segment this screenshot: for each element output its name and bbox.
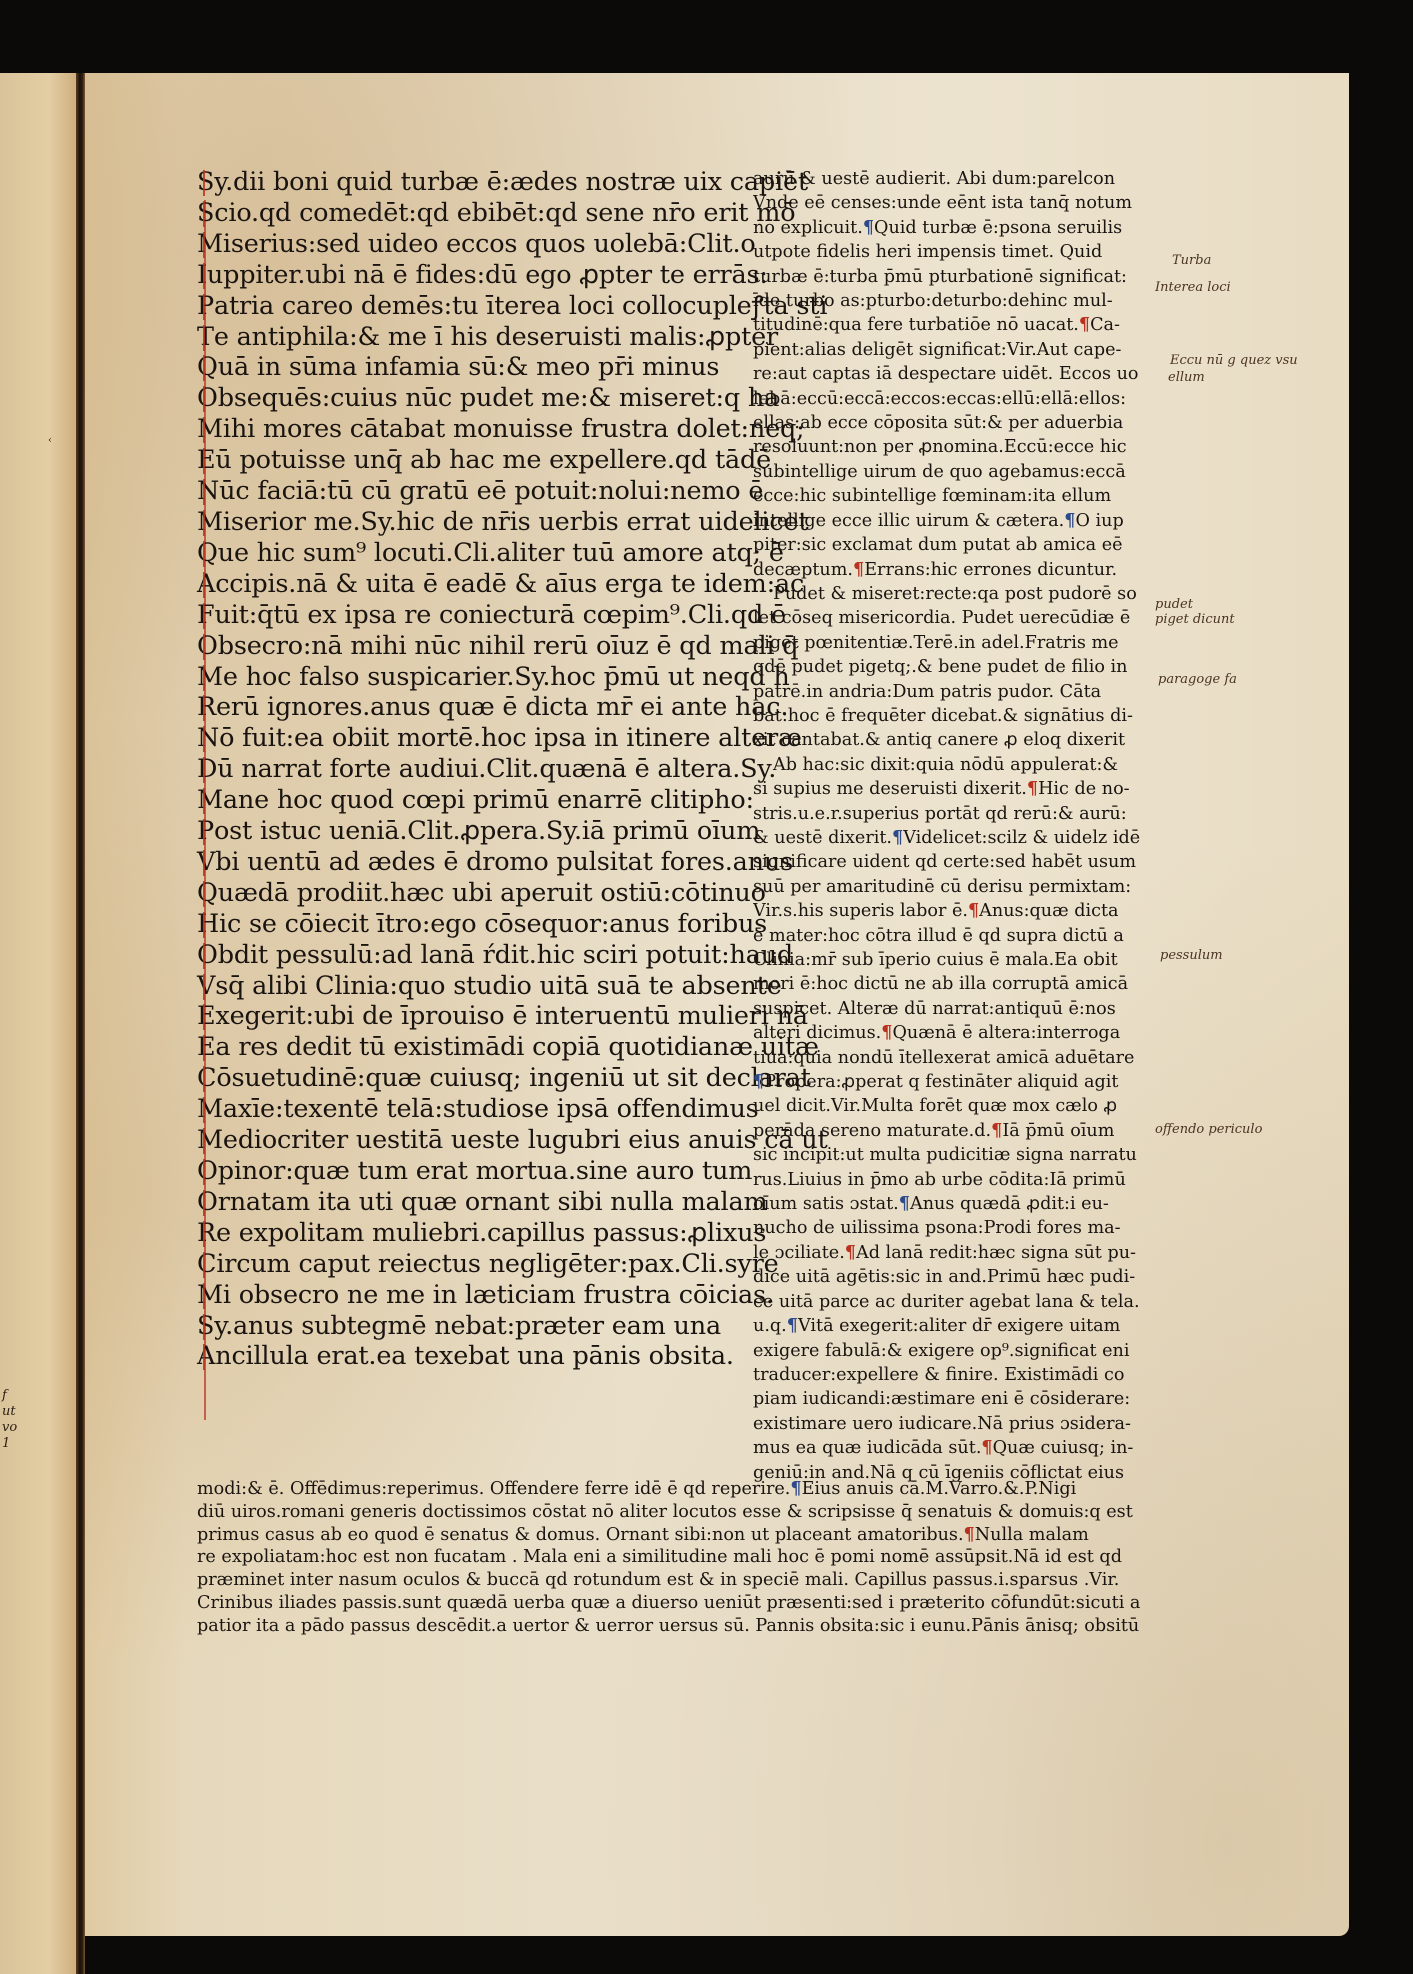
gloss-text: exigere fabulā:& exigere op⁹.significat …	[753, 1341, 1129, 1361]
footer-commentary-line: patior ita a pādo passus descēdit.a uert…	[197, 1615, 1187, 1638]
commentary-line: Vir.s.his superis labor ē.¶Anus:quæ dict…	[753, 899, 1183, 923]
verse-line-text: y.dii boni quid turbæ ē:ædes nostræ uix …	[214, 167, 808, 197]
left-note: vo	[2, 1420, 17, 1436]
commentary-line: patrē.in andria:Dum patris pudor. Cāta	[753, 680, 1183, 704]
verse-line: Rerū ignores.anus quæ ē dicta mr̄ ei ant…	[197, 692, 757, 723]
verse-line-text: a res dedit tū existimādi copiā quotidia…	[215, 1032, 818, 1062]
footer-commentary-line: præminet inter nasum oculos & buccā qd r…	[197, 1569, 1187, 1592]
verse-line-text: bsequēs:cuius nūc pudet me:& miseret:q h…	[218, 383, 779, 413]
commentary-line: & uestē dixerit.¶Videlicet:scilz & uidel…	[753, 826, 1183, 850]
verse-line-text: e expolitam muliebri.capillus passus:ꝓli…	[216, 1218, 766, 1248]
verse-line: Accipis.nā & uita ē eadē & aīus erga te …	[197, 569, 757, 600]
commentary-line: resoluunt:non per ꝓnomina.Eccū:ecce hic	[753, 435, 1183, 459]
handwritten-margin-note: paragoge fa	[1158, 672, 1237, 687]
gloss-text: re:aut captas iā despectare uidēt. Eccos…	[753, 364, 1139, 384]
verse-line-text: xegerit:ubi de īprouiso ē interuentū mul…	[215, 1001, 807, 1031]
commentary-line: ecce:hic subintellige fœminam:ita ellum	[753, 484, 1183, 508]
paragraph-mark-icon: ¶	[991, 1120, 1002, 1141]
commentary-line: Clinia:mr̄ sub īperio cuius ē mala.Ea ob…	[753, 948, 1183, 972]
paragraph-mark-icon: ¶	[1064, 510, 1075, 531]
commentary-line: ¶Propera:ꝓperat q festināter aliquid agi…	[753, 1070, 1183, 1094]
left-note: f	[2, 1388, 17, 1404]
paragraph-mark-icon: ¶	[787, 1315, 798, 1336]
commentary-line: piter:sic exclamat dum putat ab amica eē	[753, 533, 1183, 557]
commentary-line: sic incipit:ut multa pudicitiæ signa nar…	[753, 1143, 1183, 1167]
verse-line: Miserior me.Sy.hic de nr̄is uerbis errat…	[197, 507, 757, 538]
gloss-text: Iā p̄mū oīum	[1002, 1121, 1114, 1141]
footer-commentary: modi:& ē. Offēdimus:reperimus. Offendere…	[197, 1478, 1187, 1638]
gloss-text: ce uitā parce ac duriter agebat lana & t…	[753, 1292, 1140, 1312]
commentary-line: traducer:expellere & finire. Existimādi …	[753, 1363, 1183, 1387]
gloss-text: existimare uero iudicare.Nā prius ɔsider…	[753, 1414, 1131, 1434]
commentary-line: suspicet. Alteræ dū narrat:antiquū ē:nos	[753, 997, 1183, 1021]
rubricated-initial: M	[197, 785, 223, 815]
commentary-line: dice uitā agētis:sic in and.Primū hæc pu…	[753, 1265, 1183, 1289]
gloss-text: mus ea quæ iudicāda sūt.	[753, 1438, 981, 1458]
gloss-text: nō explicuit.	[753, 218, 863, 238]
gloss-text: & uestē dixerit.	[753, 828, 892, 848]
commentary-line: utpote fidelis heri impensis timet. Quid	[753, 240, 1183, 264]
commentary-line: turbæ ē:turba p̄mū pturbationē significa…	[753, 265, 1183, 289]
verse-line-text: ircum caput reiectus negligēter:pax.Cli.…	[216, 1249, 778, 1279]
gloss-text: aurū & uestē audierit. Abi dum:parelcon	[753, 169, 1115, 189]
gloss-text: Vnde eē censes:unde eēnt ista tanq̄ notu…	[753, 193, 1132, 213]
gloss-text: Eius anuis cā.M.Varro.&.P.Nigi	[802, 1479, 1077, 1499]
verse-line-text: iserius:sed uideo eccos quos uolebā:Clit…	[223, 229, 756, 259]
commentary-line: u.q.¶Vitā exegerit:aliter dr̄ exigere ui…	[753, 1314, 1183, 1338]
commentary-line: existimare uero iudicare.Nā prius ɔsider…	[753, 1412, 1183, 1436]
gloss-text: Ad lanā redit:hæc signa sūt pu-	[856, 1243, 1136, 1263]
verse-line: Nūc faciā:tū cū gratū eē potuit:nolui:ne…	[197, 476, 757, 507]
paragraph-mark-icon: ¶	[845, 1242, 856, 1263]
verse-line-text: uā in sūma infamia sū:& meo pr̄i minus	[218, 352, 720, 382]
rubricated-initial: T	[197, 322, 214, 352]
gloss-text: nucho de uilissima psona:Prodi fores ma-	[753, 1218, 1121, 1238]
verse-line-text: pinor:quæ tum erat mortua.sine auro tum	[218, 1156, 753, 1186]
verse-line: Exegerit:ubi de īprouiso ē interuentū mu…	[197, 1001, 757, 1032]
verse-line-text: bdit pessulū:ad lanā ŕdit.hic sciri potu…	[218, 940, 793, 970]
commentary-line: let cōseq misericordia. Pudet uerecūdiæ …	[753, 606, 1183, 630]
gloss-text: piam iudicandi:æstimare eni ē cōsiderare…	[753, 1389, 1130, 1409]
gloss-text: Errans:hic errones dicuntur.	[864, 560, 1117, 580]
verse-line: Ea res dedit tū existimādi copiā quotidi…	[197, 1032, 757, 1063]
gloss-text: re expoliatam:hoc est non fucatam . Mala…	[197, 1547, 1122, 1567]
commentary-line: Pudet & miseret:recte:qa post pudorē so	[753, 582, 1183, 606]
commentary-line: titudinē:qua fere turbatiōe nō uacat.¶Ca…	[753, 313, 1183, 337]
gloss-text: titudinē:qua fere turbatiōe nō uacat.	[753, 315, 1079, 335]
gloss-text: Clinia:mr̄ sub īperio cuius ē mala.Ea ob…	[753, 950, 1118, 970]
footer-commentary-line: diū uiros.romani generis doctissimos cōs…	[197, 1501, 1187, 1524]
verse-line: Post istuc ueniā.Clit.ꝓpera.Sy.iā primū …	[197, 816, 757, 847]
rubricated-initial: I	[197, 260, 207, 290]
verse-line-text: uppiter.ubi nā ē fides:dū ego ꝓpter te e…	[207, 260, 768, 290]
verse-line: Iuppiter.ubi nā ē fides:dū ego ꝓpter te …	[197, 260, 757, 291]
verse-line: Obdit pessulū:ad lanā ŕdit.hic sciri pot…	[197, 940, 757, 971]
verse-line-text: bi uentū ad ædes ē dromo pulsitat fores.…	[215, 847, 793, 877]
verse-line: Maxīe:texentē telā:studiose ipsā offendi…	[197, 1094, 757, 1125]
rubricated-initial: M	[197, 662, 223, 692]
left-note: 1	[2, 1436, 17, 1452]
left-note: ut	[2, 1404, 17, 1420]
commentary-line: uel dicit.Vir.Multa forēt quæ mox cælo ꝓ	[753, 1094, 1183, 1118]
rubricated-initial: S	[197, 167, 214, 197]
gloss-text: O iup	[1075, 511, 1123, 531]
rubricated-initial: S	[197, 1311, 214, 1341]
verse-line: Sy.anus subtegmē nebat:præter eam una	[197, 1311, 757, 1342]
verse-line: Mi obsecro ne me in læticiam frustra cōi…	[197, 1280, 757, 1311]
verse-line-text: bsecro:nā mihi nūc nihil rerū oīuz ē qd …	[218, 631, 799, 661]
gloss-text: uel dicit.Vir.Multa forēt quæ mox cælo ꝓ	[753, 1096, 1117, 1116]
gloss-text: u.q.	[753, 1316, 787, 1336]
verse-line: Eū potuisse unq̄ ab hac me expellere.qd …	[197, 445, 757, 476]
commentary-line: significare uident qd certe:sed habēt us…	[753, 850, 1183, 874]
rubricated-initial: R	[197, 1218, 216, 1248]
facing-left-page: ‹ f ut vo 1	[0, 73, 82, 1974]
handwritten-margin-note: pudet	[1155, 597, 1193, 612]
gloss-text: diū uiros.romani generis doctissimos cōs…	[197, 1502, 1133, 1522]
commentary-line: īde turbo as:pturbo:deturbo:dehinc mul-	[753, 289, 1183, 313]
verse-line-text: e hoc falso suspicarier.Sy.hoc p̄mū ut n…	[223, 662, 790, 692]
paragraph-mark-icon: ¶	[863, 217, 874, 238]
rubricated-initial: P	[197, 816, 214, 846]
rubricated-initial: M	[197, 414, 223, 444]
paragraph-mark-icon: ¶	[981, 1437, 992, 1458]
verse-line: Vbi uentū ad ædes ē dromo pulsitat fores…	[197, 847, 757, 878]
gloss-text: alteri dicimus.	[753, 1023, 881, 1043]
handwritten-margin-note: ellum	[1168, 370, 1205, 385]
rubricated-initial: M	[197, 229, 223, 259]
verse-line-text: e antiphila:& me ī his deseruisti malis:…	[214, 322, 778, 352]
rubricated-initial: Q	[197, 538, 218, 568]
rubricated-initial: R	[197, 692, 216, 722]
rubricated-initial: Q	[197, 878, 218, 908]
verse-column: Sy.dii boni quid turbæ ē:ædes nostræ uix…	[197, 167, 757, 1372]
rubricated-initial: N	[197, 476, 219, 506]
rubricated-initial: P	[197, 291, 214, 321]
handwritten-margin-note: Interea loci	[1155, 280, 1231, 295]
rubricated-initial: Q	[197, 352, 218, 382]
gloss-text: ecce:hic subintellige fœminam:ita ellum	[753, 486, 1111, 506]
verse-line-text: iserior me.Sy.hic de nr̄is uerbis errat …	[223, 507, 808, 537]
commentary-line: decæptum.¶Errans:hic errones dicuntur.	[753, 558, 1183, 582]
rubricated-initial: C	[197, 1063, 216, 1093]
verse-line-text: ū narrat forte audiui.Clit.quænā ē alter…	[217, 754, 776, 784]
gloss-text: significare uident qd certe:sed habēt us…	[753, 852, 1136, 872]
rubricated-initial: E	[197, 1001, 215, 1031]
commentary-line: intellige ecce illic uirum & cætera.¶O i…	[753, 509, 1183, 533]
verse-line: Patria careo demēs:tu īterea loci colloc…	[197, 291, 757, 322]
gloss-text: let cōseq misericordia. Pudet uerecūdiæ …	[753, 608, 1130, 628]
commentary-line: perāda sereno maturate.d.¶Iā p̄mū oīum	[753, 1119, 1183, 1143]
rubricated-initial: O	[197, 940, 218, 970]
rubricated-initial: M	[197, 1094, 223, 1124]
gloss-text: ellas:ab ecce cōposita sūt:& per aduerbi…	[753, 413, 1123, 433]
gloss-text: Videlicet:scilz & uidelz idē	[903, 828, 1140, 848]
verse-line-text: ediocriter uestitā ueste lugubri eius an…	[223, 1125, 828, 1155]
paragraph-mark-icon: ¶	[892, 827, 903, 848]
verse-line-text: i obsecro ne me in læticiam frustra cōic…	[223, 1280, 774, 1310]
gloss-text: Crinibus iliades passis.sunt quædā uerba…	[197, 1593, 1140, 1613]
gloss-text: Quæ cuiusq; in-	[993, 1438, 1134, 1458]
verse-line: Me hoc falso suspicarier.Sy.hoc p̄mū ut …	[197, 662, 757, 693]
commentary-line: mus ea quæ iudicāda sūt.¶Quæ cuiusq; in-	[753, 1436, 1183, 1460]
commentary-line: ē mater:hoc cōtra illud ē qd supra dictū…	[753, 924, 1183, 948]
gloss-text: primus casus ab eo quod ē senatus & domu…	[197, 1525, 964, 1545]
gloss-text: traducer:expellere & finire. Existimādi …	[753, 1365, 1124, 1385]
verse-line-text: ic se cōiecit ītro:ego cōsequor:anus for…	[219, 909, 767, 939]
rubricated-initial: O	[197, 631, 218, 661]
gloss-text: Vir.s.his superis labor ē.	[753, 901, 968, 921]
commentary-line: subintellige uirum de quo agebamus:eccā	[753, 460, 1183, 484]
commentary-line: ellas:ab ecce cōposita sūt:& per aduerbi…	[753, 411, 1183, 435]
verse-line-text: uit:q̄tū ex ipsa re coniecturā cœpim⁹.Cl…	[215, 600, 786, 630]
commentary-line: mori ē:hoc dictū ne ab illa corruptā ami…	[753, 972, 1183, 996]
verse-line: Opinor:quæ tum erat mortua.sine auro tum	[197, 1156, 757, 1187]
gloss-text: Ab hac:sic dixit:quia nōdū appulerat:&	[773, 755, 1118, 775]
handwritten-margin-note: Turba	[1172, 253, 1211, 268]
book-gutter	[76, 73, 85, 1974]
commentary-line: nō explicuit.¶Quid turbæ ē:psona seruili…	[753, 216, 1183, 240]
rubricated-initial: F	[197, 600, 215, 630]
paragraph-mark-icon: ¶	[790, 1478, 801, 1499]
verse-line: Te antiphila:& me ī his deseruisti malis…	[197, 322, 757, 353]
rubricated-initial: O	[197, 1187, 218, 1217]
rubricated-initial: C	[197, 1249, 216, 1279]
commentary-line: tiua:quia nondū ītellexerat amicā aduēta…	[753, 1046, 1183, 1070]
verse-line-text: y.anus subtegmē nebat:præter eam una	[214, 1311, 721, 1341]
gloss-text: Quænā ē altera:interroga	[892, 1023, 1120, 1043]
rubricated-initial: S	[197, 198, 214, 228]
commentary-line: nucho de uilissima psona:Prodi fores ma-	[753, 1216, 1183, 1240]
commentary-line: xit cantabat.& antiq canere ꝓ eloq dixer…	[753, 728, 1183, 752]
gloss-text: oīum satis ɔstat.	[753, 1194, 899, 1214]
rubricated-initial: D	[197, 754, 217, 784]
rubricated-initial: M	[197, 1280, 223, 1310]
gloss-text: utpote fidelis heri impensis timet. Quid	[753, 242, 1102, 262]
commentary-line: qdē pudet pigetq;.& bene pudet de filio …	[753, 655, 1183, 679]
paragraph-mark-icon: ¶	[881, 1022, 892, 1043]
commentary-line: stris.u.e.r.superius portāt qd rerū:& au…	[753, 802, 1183, 826]
verse-line: Miserius:sed uideo eccos quos uolebā:Cli…	[197, 229, 757, 260]
handwritten-margin-note: piget dicunt	[1155, 612, 1235, 627]
rubricated-initial: V	[197, 971, 215, 1001]
verse-line: Obsecro:nā mihi nūc nihil rerū oīuz ē qd…	[197, 631, 757, 662]
gloss-text: patrē.in andria:Dum patris pudor. Cāta	[753, 682, 1101, 702]
commentary-line: piam iudicandi:æstimare eni ē cōsiderare…	[753, 1387, 1183, 1411]
verse-line: Nō fuit:ea obiit mortē.hoc ipsa in itine…	[197, 723, 757, 754]
paragraph-mark-icon: ¶	[853, 559, 864, 580]
commentary-line: piget pœnitentiæ.Terē.in adel.Fratris me	[753, 631, 1183, 655]
gloss-text: præminet inter nasum oculos & buccā qd r…	[197, 1570, 1119, 1590]
handwritten-margin-note: Eccu nū g quez vsu	[1170, 353, 1298, 368]
footer-commentary-line: modi:& ē. Offēdimus:reperimus. Offendere…	[197, 1478, 1187, 1501]
gloss-text: pient:alias deligēt significat:Vir.Aut c…	[753, 340, 1121, 360]
left-page-margin-notes: f ut vo 1	[2, 1388, 17, 1452]
verse-line-text: atria careo demēs:tu īterea loci collocu…	[214, 291, 827, 321]
verse-line: Quā in sūma infamia sū:& meo pr̄i minus	[197, 352, 757, 383]
verse-line: Circum caput reiectus negligēter:pax.Cli…	[197, 1249, 757, 1280]
commentary-line: lebā:eccū:eccā:eccos:eccas:ellū:ellā:ell…	[753, 387, 1183, 411]
commentary-line: le ɔciliate.¶Ad lanā redit:hæc signa sūt…	[753, 1241, 1183, 1265]
gloss-text: suspicet. Alteræ dū narrat:antiquū ē:nos	[753, 999, 1116, 1019]
gloss-text: Vitā exegerit:aliter dr̄ exigere uitam	[798, 1316, 1120, 1336]
verse-line-text: sq̄ alibi Clinia:quo studio uitā suā te …	[215, 971, 781, 1001]
gloss-text: īde turbo as:pturbo:deturbo:dehinc mul-	[753, 291, 1113, 311]
gloss-text: tiua:quia nondū ītellexerat amicā aduēta…	[753, 1048, 1134, 1068]
verse-line-text: ue hic sum⁹ locuti.Cli.aliter tuū amore …	[218, 538, 784, 568]
gloss-text: stris.u.e.r.superius portāt qd rerū:& au…	[753, 804, 1127, 824]
verse-line: Mane hoc quod cœpi primū enarrē clitipho…	[197, 785, 757, 816]
commentary-line: alteri dicimus.¶Quænā ē altera:interroga	[753, 1021, 1183, 1045]
gloss-text: suū per amaritudinē cū derisu permixtam:	[753, 877, 1131, 897]
gloss-text: modi:& ē. Offēdimus:reperimus. Offendere…	[197, 1479, 790, 1499]
verse-line: Mihi mores cātabat monuisse frustra dole…	[197, 414, 757, 445]
gloss-text: mori ē:hoc dictū ne ab illa corruptā ami…	[753, 974, 1128, 994]
verse-line: Re expolitam muliebri.capillus passus:ꝓl…	[197, 1218, 757, 1249]
gloss-text: Quid turbæ ē:psona seruilis	[874, 218, 1122, 238]
rubricated-initial: O	[197, 383, 218, 413]
rubricated-initial: N	[197, 723, 219, 753]
verse-line-text: ccipis.nā & uita ē eadē & aīus erga te i…	[215, 569, 804, 599]
verse-line: Dū narrat forte audiui.Clit.quænā ē alte…	[197, 754, 757, 785]
verse-line: Ornatam ita uti quæ ornant sibi nulla ma…	[197, 1187, 757, 1218]
commentary-line: bat:hoc ē frequēter dicebat.& signātius …	[753, 704, 1183, 728]
verse-line-text: ūc faciā:tū cū gratū eē potuit:nolui:nem…	[219, 476, 763, 506]
paragraph-mark-icon: ¶	[753, 1071, 764, 1092]
verse-line-text: erū ignores.anus quæ ē dicta mr̄ ei ante…	[216, 692, 788, 722]
rubricated-initial: V	[197, 847, 215, 877]
commentary-line: Vnde eē censes:unde eēnt ista tanq̄ notu…	[753, 191, 1183, 215]
verse-line: Mediocriter uestitā ueste lugubri eius a…	[197, 1125, 757, 1156]
verse-line: Scio.qd comedēt:qd ebibēt:qd sene nr̄o e…	[197, 198, 757, 229]
gloss-text: le ɔciliate.	[753, 1243, 845, 1263]
verse-line: Vsq̄ alibi Clinia:quo studio uitā suā te…	[197, 971, 757, 1002]
verse-line-text: cio.qd comedēt:qd ebibēt:qd sene nr̄o er…	[214, 198, 795, 228]
verse-line-text: ane hoc quod cœpi primū enarrē clitipho:	[223, 785, 754, 815]
rubricated-initial: M	[197, 1125, 223, 1155]
gloss-text: intellige ecce illic uirum & cætera.	[753, 511, 1064, 531]
left-page-mark: ‹	[48, 435, 54, 443]
verse-line: Cōsuetudinē:quæ cuiusq; ingeniū ut sit d…	[197, 1063, 757, 1094]
gloss-text: bat:hoc ē frequēter dicebat.& signātius …	[753, 706, 1133, 726]
commentary-line: Ab hac:sic dixit:quia nōdū appulerat:&	[753, 753, 1183, 777]
gloss-text: Hic de no-	[1038, 779, 1130, 799]
gloss-text: subintellige uirum de quo agebamus:eccā	[753, 462, 1126, 482]
gloss-text: patior ita a pādo passus descēdit.a uert…	[197, 1616, 1139, 1636]
commentary-line: ce uitā parce ac duriter agebat lana & t…	[753, 1290, 1183, 1314]
rubricated-initial: A	[197, 569, 215, 599]
gloss-text: Pudet & miseret:recte:qa post pudorē so	[773, 584, 1137, 604]
paragraph-mark-icon: ¶	[1079, 314, 1090, 335]
verse-line-text: ō fuit:ea obiit mortē.hoc ipsa in itiner…	[219, 723, 802, 753]
verse-line: Fuit:q̄tū ex ipsa re coniecturā cœpim⁹.C…	[197, 600, 757, 631]
gloss-text: Anus:quæ dicta	[979, 901, 1118, 921]
rubricated-initial: O	[197, 1156, 218, 1186]
paragraph-mark-icon: ¶	[1027, 778, 1038, 799]
rubricated-initial: H	[197, 909, 219, 939]
verse-line: Quædā prodiit.hæc ubi aperuit ostiū:cōti…	[197, 878, 757, 909]
rubricated-initial: E	[197, 1032, 215, 1062]
gloss-text: Ca-	[1090, 315, 1120, 335]
rubricated-initial: M	[197, 507, 223, 537]
commentary-line: re:aut captas iā despectare uidēt. Eccos…	[753, 362, 1183, 386]
paragraph-mark-icon: ¶	[964, 1524, 975, 1545]
paragraph-mark-icon: ¶	[968, 900, 979, 921]
paragraph-mark-icon: ¶	[899, 1193, 910, 1214]
verse-line-text: rnatam ita uti quæ ornant sibi nulla mal…	[218, 1187, 768, 1217]
gloss-text: resoluunt:non per ꝓnomina.Eccū:ecce hic	[753, 437, 1127, 457]
gloss-text: decæptum.	[753, 560, 853, 580]
gloss-text: ē mater:hoc cōtra illud ē qd supra dictū…	[753, 926, 1124, 946]
commentary-line: rus.Liuius in p̄mo ab urbe cōdita:Iā pri…	[753, 1168, 1183, 1192]
commentary-line: exigere fabulā:& exigere op⁹.significat …	[753, 1339, 1183, 1363]
verse-line: Obsequēs:cuius nūc pudet me:& miseret:q …	[197, 383, 757, 414]
gloss-text: piter:sic exclamat dum putat ab amica eē	[753, 535, 1123, 555]
gloss-text: rus.Liuius in p̄mo ab urbe cōdita:Iā pri…	[753, 1170, 1126, 1190]
verse-line-text: axīe:texentē telā:studiose ipsā offendim…	[223, 1094, 759, 1124]
verse-line-text: ihi mores cātabat monuisse frustra dolet…	[223, 414, 805, 444]
commentary-line: si supius me deseruisti dixerit.¶Hic de …	[753, 777, 1183, 801]
commentary-line: oīum satis ɔstat.¶Anus quædā ꝓdit:i eu-	[753, 1192, 1183, 1216]
commentary-column: aurū & uestē audierit. Abi dum:parelconV…	[753, 167, 1183, 1485]
verse-line: Sy.dii boni quid turbæ ē:ædes nostræ uix…	[197, 167, 757, 198]
gloss-text: sic incipit:ut multa pudicitiæ signa nar…	[753, 1145, 1137, 1165]
gloss-text: piget pœnitentiæ.Terē.in adel.Fratris me	[753, 633, 1119, 653]
gloss-text: qdē pudet pigetq;.& bene pudet de filio …	[753, 657, 1127, 677]
handwritten-margin-note: pessulum	[1160, 948, 1223, 963]
verse-line-text: ost istuc ueniā.Clit.ꝓpera.Sy.iā primū o…	[214, 816, 760, 846]
gloss-text: Propera:ꝓperat q festināter aliquid agit	[764, 1072, 1118, 1092]
verse-line-text: ncillula erat.ea texebat una pānis obsit…	[215, 1341, 734, 1371]
gloss-text: turbæ ē:turba p̄mū pturbationē significa…	[753, 267, 1127, 287]
verse-line: Que hic sum⁹ locuti.Cli.aliter tuū amore…	[197, 538, 757, 569]
commentary-line: pient:alias deligēt significat:Vir.Aut c…	[753, 338, 1183, 362]
verse-line: Ancillula erat.ea texebat una pānis obsi…	[197, 1341, 757, 1372]
gloss-text: perāda sereno maturate.d.	[753, 1121, 991, 1141]
gloss-text: si supius me deseruisti dixerit.	[753, 779, 1027, 799]
commentary-line: suū per amaritudinē cū derisu permixtam:	[753, 875, 1183, 899]
rubricated-initial: A	[197, 1341, 215, 1371]
gloss-text: lebā:eccū:eccā:eccos:eccas:ellū:ellā:ell…	[753, 389, 1126, 409]
gloss-text: dice uitā agētis:sic in and.Primū hæc pu…	[753, 1267, 1135, 1287]
verse-line-text: ū potuisse unq̄ ab hac me expellere.qd t…	[215, 445, 771, 475]
gloss-text: xit cantabat.& antiq canere ꝓ eloq dixer…	[753, 730, 1125, 750]
verse-line: Hic se cōiecit ītro:ego cōsequor:anus fo…	[197, 909, 757, 940]
handwritten-margin-note: offendo periculo	[1155, 1122, 1262, 1137]
gloss-text: Nulla malam	[975, 1525, 1089, 1545]
footer-commentary-line: Crinibus iliades passis.sunt quædā uerba…	[197, 1592, 1187, 1615]
footer-commentary-line: re expoliatam:hoc est non fucatam . Mala…	[197, 1546, 1187, 1569]
verse-line-text: uædā prodiit.hæc ubi aperuit ostiū:cōtin…	[218, 878, 766, 908]
gloss-text: Anus quædā ꝓdit:i eu-	[910, 1194, 1109, 1214]
footer-commentary-line: primus casus ab eo quod ē senatus & domu…	[197, 1524, 1187, 1547]
rubricated-initial: E	[197, 445, 215, 475]
verse-line-text: ōsuetudinē:quæ cuiusq; ingeniū ut sit de…	[216, 1063, 810, 1093]
commentary-line: aurū & uestē audierit. Abi dum:parelcon	[753, 167, 1183, 191]
